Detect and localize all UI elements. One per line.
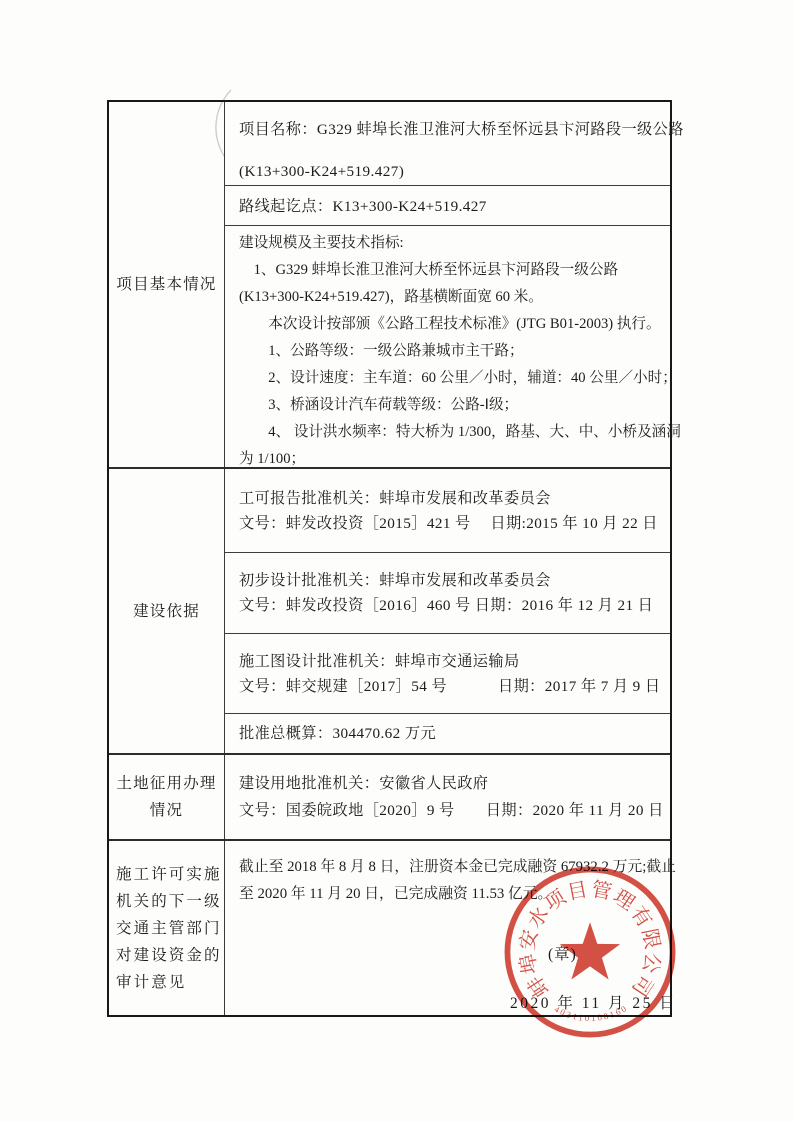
text-line: 1、公路等级：一级公路兼城市主干路； xyxy=(239,338,666,365)
text-line: 初步设计批准机关：蚌埠市发展和改革委员会 xyxy=(239,568,666,593)
text-line: 批准总概算：304470.62 万元 xyxy=(239,721,666,746)
section-project-basic-cells: 项目名称：G329 蚌埠长淮卫淮河大桥至怀远县卞河路段一级公路 (K13+300… xyxy=(225,102,670,467)
cell-approved-budget: 批准总概算：304470.62 万元 xyxy=(225,713,670,753)
text-line: 施工图设计批准机关：蚌埠市交通运输局 xyxy=(239,649,666,674)
section-construction-basis: 建设依据 工可报告批准机关：蚌埠市发展和改革委员会 文号：蚌发改投资［2015］… xyxy=(109,467,670,753)
header-line: 土地征用办理 xyxy=(116,770,216,797)
text-line: 路线起讫点：K13+300-K24+519.427 xyxy=(239,195,666,216)
text-line: 建设规模及主要技术指标: xyxy=(239,230,666,257)
text-line: 截止至 2018 年 8 月 8 日，注册资本金已完成融资 67932.2 万元… xyxy=(239,854,666,881)
cell-audit-text: 截止至 2018 年 8 月 8 日，注册资本金已完成融资 67932.2 万元… xyxy=(225,841,670,1015)
cell-scale-indicators: 建设规模及主要技术指标: 1、G329 蚌埠长淮卫淮河大桥至怀远县卞河路段一级公… xyxy=(225,225,670,467)
text-line: 建设用地批准机关：安徽省人民政府 xyxy=(239,770,666,797)
text-line: (K13+300-K24+519.427)，路基横断面宽 60 米。 xyxy=(239,284,666,311)
text-line: 文号：国委皖政地［2020］9 号 日期：2020 年 11 月 20 日 xyxy=(239,797,666,824)
section-land-acquisition: 土地征用办理 情况 建设用地批准机关：安徽省人民政府 文号：国委皖政地［2020… xyxy=(109,753,670,839)
text-line: 文号：蚌发改投资［2016］460 号 日期：2016 年 12 月 21 日 xyxy=(239,593,666,618)
cell-feasibility-approval: 工可报告批准机关：蚌埠市发展和改革委员会 文号：蚌发改投资［2015］421 号… xyxy=(225,469,670,552)
text-line: 3、桥涵设计汽车荷载等级：公路-Ⅰ级； xyxy=(239,392,666,419)
text-line: 工可报告批准机关：蚌埠市发展和改革委员会 xyxy=(239,486,666,511)
project-info-table: 项目基本情况 项目名称：G329 蚌埠长淮卫淮河大桥至怀远县卞河路段一级公路 (… xyxy=(107,100,672,1017)
seal-note-label: (章) xyxy=(548,942,577,964)
seal-date: 2020 年 11 月 25 日 xyxy=(510,991,677,1013)
text-line: 文号：蚌交规建［2017］54 号 日期：2017 年 7 月 9 日 xyxy=(239,674,666,699)
header-line: 交通主管部门 xyxy=(116,915,222,942)
text-line: 至 2020 年 11 月 20 日，已完成融资 11.53 亿元。 xyxy=(239,881,666,908)
header-line: 对建设资金的 xyxy=(116,942,222,969)
header-line: 施工许可实施 xyxy=(116,861,222,888)
text-line: 文号：蚌发改投资［2015］421 号 日期:2015 年 10 月 22 日 xyxy=(239,511,666,536)
row-header-audit-opinion: 施工许可实施 机关的下一级 交通主管部门 对建设资金的 审计意见 xyxy=(109,841,225,1015)
section-land-acquisition-cells: 建设用地批准机关：安徽省人民政府 文号：国委皖政地［2020］9 号 日期：20… xyxy=(225,755,670,839)
header-line: 建设依据 xyxy=(133,598,200,625)
section-audit-opinion: 施工许可实施 机关的下一级 交通主管部门 对建设资金的 审计意见 截止至 201… xyxy=(109,839,670,1015)
cell-route-points: 路线起讫点：K13+300-K24+519.427 xyxy=(225,185,670,225)
text-line: 4、 设计洪水频率：特大桥为 1/300，路基、大、中、小桥及涵洞 xyxy=(239,419,666,446)
header-line: 机关的下一级 xyxy=(116,888,222,915)
text-line: 本次设计按部颁《公路工程技术标准》(JTG B01-2003) 执行。 xyxy=(239,311,666,338)
scanned-document-page: 项目基本情况 项目名称：G329 蚌埠长淮卫淮河大桥至怀远县卞河路段一级公路 (… xyxy=(0,0,793,1122)
cell-construction-drawing-approval: 施工图设计批准机关：蚌埠市交通运输局 文号：蚌交规建［2017］54 号 日期：… xyxy=(225,633,670,713)
cell-land-approval: 建设用地批准机关：安徽省人民政府 文号：国委皖政地［2020］9 号 日期：20… xyxy=(225,755,670,839)
row-header-project-basic: 项目基本情况 xyxy=(109,102,225,467)
header-line: 项目基本情况 xyxy=(116,271,216,298)
section-project-basic: 项目基本情况 项目名称：G329 蚌埠长淮卫淮河大桥至怀远县卞河路段一级公路 (… xyxy=(109,102,670,467)
row-header-construction-basis: 建设依据 xyxy=(109,469,225,753)
text-line: 2、设计速度：主车道：60 公里／小时，辅道：40 公里／小时； xyxy=(239,365,666,392)
section-audit-opinion-cells: 截止至 2018 年 8 月 8 日，注册资本金已完成融资 67932.2 万元… xyxy=(225,841,670,1015)
header-line: 情况 xyxy=(150,797,183,824)
text-line: 项目名称：G329 蚌埠长淮卫淮河大桥至怀远县卞河路段一级公路 xyxy=(239,109,666,151)
header-line: 审计意见 xyxy=(116,969,186,996)
row-header-land-acquisition: 土地征用办理 情况 xyxy=(109,755,225,839)
section-construction-basis-cells: 工可报告批准机关：蚌埠市发展和改革委员会 文号：蚌发改投资［2015］421 号… xyxy=(225,469,670,753)
text-line: 1、G329 蚌埠长淮卫淮河大桥至怀远县卞河路段一级公路 xyxy=(239,257,666,284)
cell-preliminary-design-approval: 初步设计批准机关：蚌埠市发展和改革委员会 文号：蚌发改投资［2016］460 号… xyxy=(225,552,670,633)
cell-project-name: 项目名称：G329 蚌埠长淮卫淮河大桥至怀远县卞河路段一级公路 (K13+300… xyxy=(225,102,670,185)
